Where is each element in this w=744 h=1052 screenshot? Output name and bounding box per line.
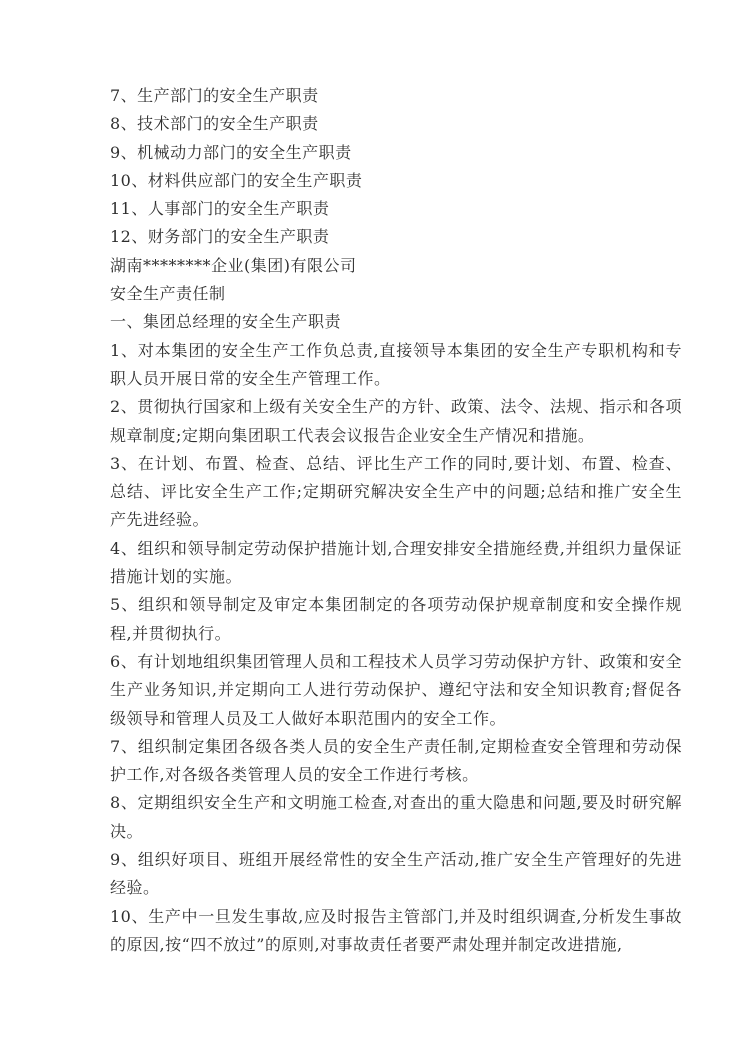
duty-paragraph-8: 8、定期组织安全生产和文明施工检查,对查出的重大隐患和问题,要及时研究解决。 — [110, 789, 682, 846]
index-item-machinery-power-dept: 9、机械动力部门的安全生产职责 — [110, 139, 682, 167]
duty-paragraph-4: 4、组织和领导制定劳动保护措施计划,合理安排安全措施经费,并组织力量保证措施计划… — [110, 535, 682, 592]
section-heading: 一、集团总经理的安全生产职责 — [110, 308, 682, 336]
document-title: 安全生产责任制 — [110, 280, 682, 308]
duty-paragraph-9: 9、组织好项目、班组开展经常性的安全生产活动,推广安全生产管理好的先进经验。 — [110, 846, 682, 903]
index-item-finance-dept: 12、财务部门的安全生产职责 — [110, 223, 682, 251]
index-item-material-supply-dept: 10、材料供应部门的安全生产职责 — [110, 167, 682, 195]
duty-paragraph-5: 5、组织和领导制定及审定本集团制定的各项劳动保护规章制度和安全操作规程,并贯彻执… — [110, 591, 682, 648]
document-page: 7、生产部门的安全生产职责 8、技术部门的安全生产职责 9、机械动力部门的安全生… — [0, 0, 744, 1052]
index-item-personnel-dept: 11、人事部门的安全生产职责 — [110, 195, 682, 223]
company-name: 湖南********企业(集团)有限公司 — [110, 252, 682, 280]
duty-paragraph-2: 2、贯彻执行国家和上级有关安全生产的方针、政策、法令、法规、指示和各项规章制度;… — [110, 393, 682, 450]
document-content: 7、生产部门的安全生产职责 8、技术部门的安全生产职责 9、机械动力部门的安全生… — [110, 82, 682, 959]
duty-paragraph-6: 6、有计划地组织集团管理人员和工程技术人员学习劳动保护方针、政策和安全生产业务知… — [110, 648, 682, 733]
index-item-production-dept: 7、生产部门的安全生产职责 — [110, 82, 682, 110]
duty-paragraph-1: 1、对本集团的安全生产工作负总责,直接领导本集团的安全生产专职机构和专职人员开展… — [110, 337, 682, 394]
duty-paragraph-7: 7、组织制定集团各级各类人员的安全生产责任制,定期检查安全管理和劳动保护工作,对… — [110, 733, 682, 790]
duty-paragraph-10: 10、生产中一旦发生事故,应及时报告主管部门,并及时组织调查,分析发生事故的原因… — [110, 903, 682, 960]
index-item-technical-dept: 8、技术部门的安全生产职责 — [110, 110, 682, 138]
duty-paragraph-3: 3、在计划、布置、检查、总结、评比生产工作的同时,要计划、布置、检查、总结、评比… — [110, 450, 682, 535]
